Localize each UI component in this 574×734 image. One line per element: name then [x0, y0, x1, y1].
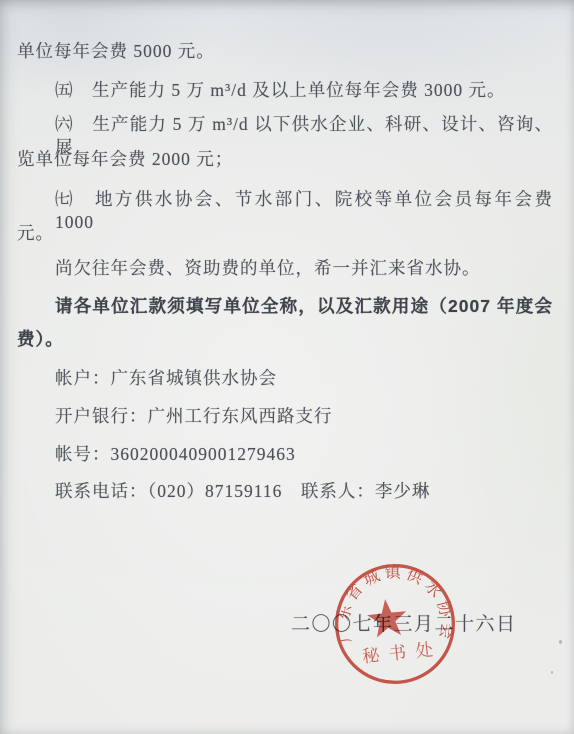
doc-line-remittance-note: 请各单位汇款须填写单位全称，以及汇款用途（2007 年度会 — [55, 295, 553, 318]
official-seal: 广东省城镇供水协会 秘书处 — [325, 554, 466, 695]
scan-speck — [551, 671, 553, 674]
doc-line-item-seven-cont: 元。 — [17, 222, 54, 245]
doc-line-item-seven: ㈦ 地方供水协会、节水部门、院校等单位会员每年会费 1000 — [55, 188, 553, 234]
doc-line-contact: 联系电话：（020）87159116 联系人：李少琳 — [55, 480, 430, 503]
scanned-document-page: 单位每年会费 5000 元。 ㈤ 生产能力 5 万 m³/d 及以上单位每年会费… — [0, 0, 574, 734]
doc-line-arrears-note: 尚欠往年会费、资助费的单位，希一并汇来省水协。 — [55, 257, 481, 280]
doc-line-remittance-note-cont: 费）。 — [17, 328, 64, 351]
doc-line-bank: 开户银行：广州工行东风西路支行 — [55, 405, 333, 428]
doc-line-account-number: 帐号：3602000409001279463 — [55, 443, 296, 466]
doc-line-fee-5000: 单位每年会费 5000 元。 — [17, 40, 215, 63]
scan-speck — [559, 640, 562, 644]
doc-line-item-six-cont: 览单位每年会费 2000 元； — [17, 148, 233, 171]
seal-star-icon — [366, 597, 409, 638]
seal-center-text: 秘书处 — [361, 638, 443, 666]
doc-line-account-name: 帐户：广东省城镇供水协会 — [55, 367, 277, 390]
doc-line-item-five: ㈤ 生产能力 5 万 m³/d 及以上单位每年会费 3000 元。 — [55, 79, 505, 102]
